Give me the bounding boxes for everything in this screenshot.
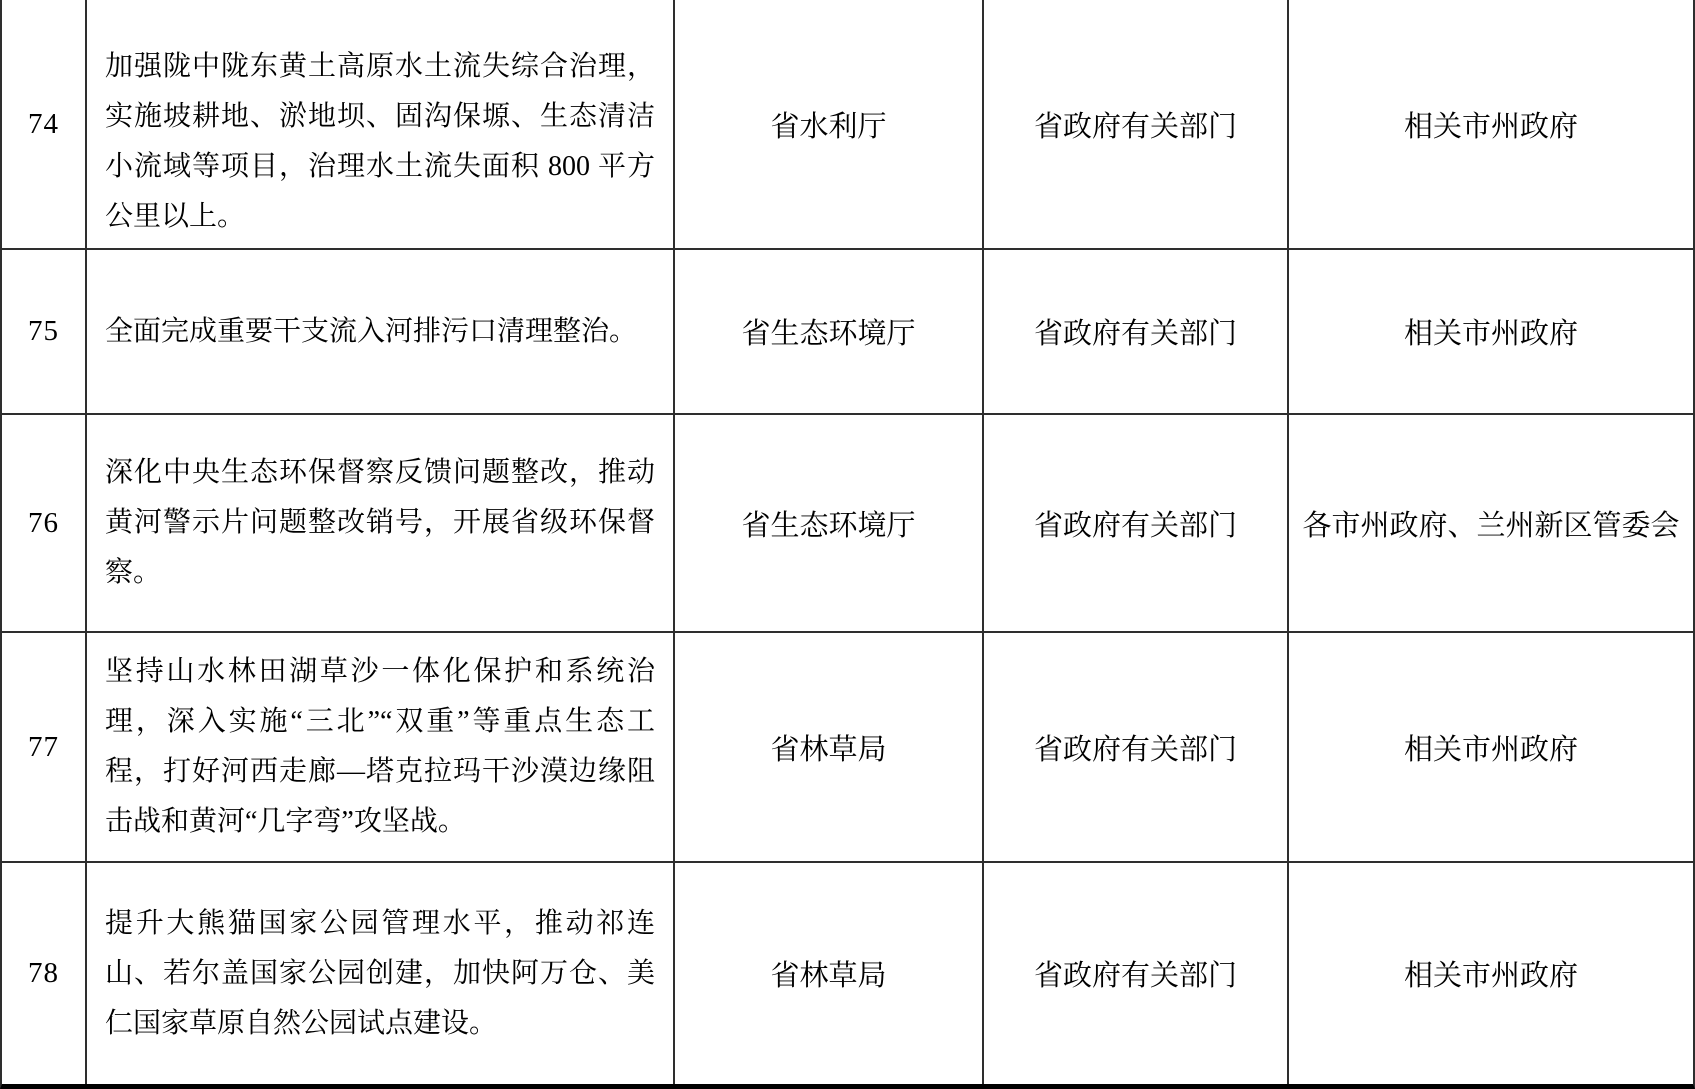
cell-row-number: 76 (2, 415, 87, 631)
table-row: 76 深化中央生态环保督察反馈问题整改，推动黄河警示片问题整改销号，开展省级环保… (2, 415, 1693, 633)
table-row: 78 提升大熊猫国家公园管理水平，推动祁连山、若尔盖国家公园创建，加快阿万仓、美… (2, 863, 1693, 1084)
task-text: 全面完成重要干支流入河排污口清理整治。 (105, 307, 655, 357)
task-text: 加强陇中陇东黄土高原水土流失综合治理，实施坡耕地、淤地坝、固沟保塬、生态清洁小流… (105, 42, 655, 242)
cell-lead-department: 省林草局 (675, 863, 984, 1084)
cell-row-number: 77 (2, 633, 87, 861)
cell-implementing-governments: 各市州政府、兰州新区管委会 (1289, 415, 1693, 631)
task-text: 提升大熊猫国家公园管理水平，推动祁连山、若尔盖国家公园创建，加快阿万仓、美仁国家… (105, 899, 655, 1049)
cell-implementing-governments: 相关市州政府 (1289, 633, 1693, 861)
cell-task-description: 深化中央生态环保督察反馈问题整改，推动黄河警示片问题整改销号，开展省级环保督察。 (87, 415, 675, 631)
cell-cooperating-departments: 省政府有关部门 (984, 0, 1289, 248)
cell-task-description: 坚持山水林田湖草沙一体化保护和系统治理，深入实施“三北”“双重”等重点生态工程，… (87, 633, 675, 861)
cell-lead-department: 省生态环境厅 (675, 415, 984, 631)
cell-task-description: 全面完成重要干支流入河排污口清理整治。 (87, 250, 675, 413)
task-text: 坚持山水林田湖草沙一体化保护和系统治理，深入实施“三北”“双重”等重点生态工程，… (105, 647, 655, 847)
table-row: 75 全面完成重要干支流入河排污口清理整治。 省生态环境厅 省政府有关部门 相关… (2, 250, 1693, 415)
cell-implementing-governments: 相关市州政府 (1289, 0, 1693, 248)
cell-cooperating-departments: 省政府有关部门 (984, 633, 1289, 861)
task-table: 74 加强陇中陇东黄土高原水土流失综合治理，实施坡耕地、淤地坝、固沟保塬、生态清… (0, 0, 1695, 1089)
cell-cooperating-departments: 省政府有关部门 (984, 415, 1289, 631)
cell-task-description: 提升大熊猫国家公园管理水平，推动祁连山、若尔盖国家公园创建，加快阿万仓、美仁国家… (87, 863, 675, 1084)
cell-cooperating-departments: 省政府有关部门 (984, 863, 1289, 1084)
cell-implementing-governments: 相关市州政府 (1289, 863, 1693, 1084)
cell-lead-department: 省林草局 (675, 633, 984, 861)
table-row: 74 加强陇中陇东黄土高原水土流失综合治理，实施坡耕地、淤地坝、固沟保塬、生态清… (2, 0, 1693, 250)
cell-row-number: 74 (2, 0, 87, 248)
cell-lead-department: 省生态环境厅 (675, 250, 984, 413)
cell-cooperating-departments: 省政府有关部门 (984, 250, 1289, 413)
table-row: 77 坚持山水林田湖草沙一体化保护和系统治理，深入实施“三北”“双重”等重点生态… (2, 633, 1693, 863)
cell-row-number: 78 (2, 863, 87, 1084)
cell-task-description: 加强陇中陇东黄土高原水土流失综合治理，实施坡耕地、淤地坝、固沟保塬、生态清洁小流… (87, 0, 675, 248)
cell-implementing-governments: 相关市州政府 (1289, 250, 1693, 413)
cell-lead-department: 省水利厅 (675, 0, 984, 248)
task-text: 深化中央生态环保督察反馈问题整改，推动黄河警示片问题整改销号，开展省级环保督察。 (105, 448, 655, 598)
cell-row-number: 75 (2, 250, 87, 413)
